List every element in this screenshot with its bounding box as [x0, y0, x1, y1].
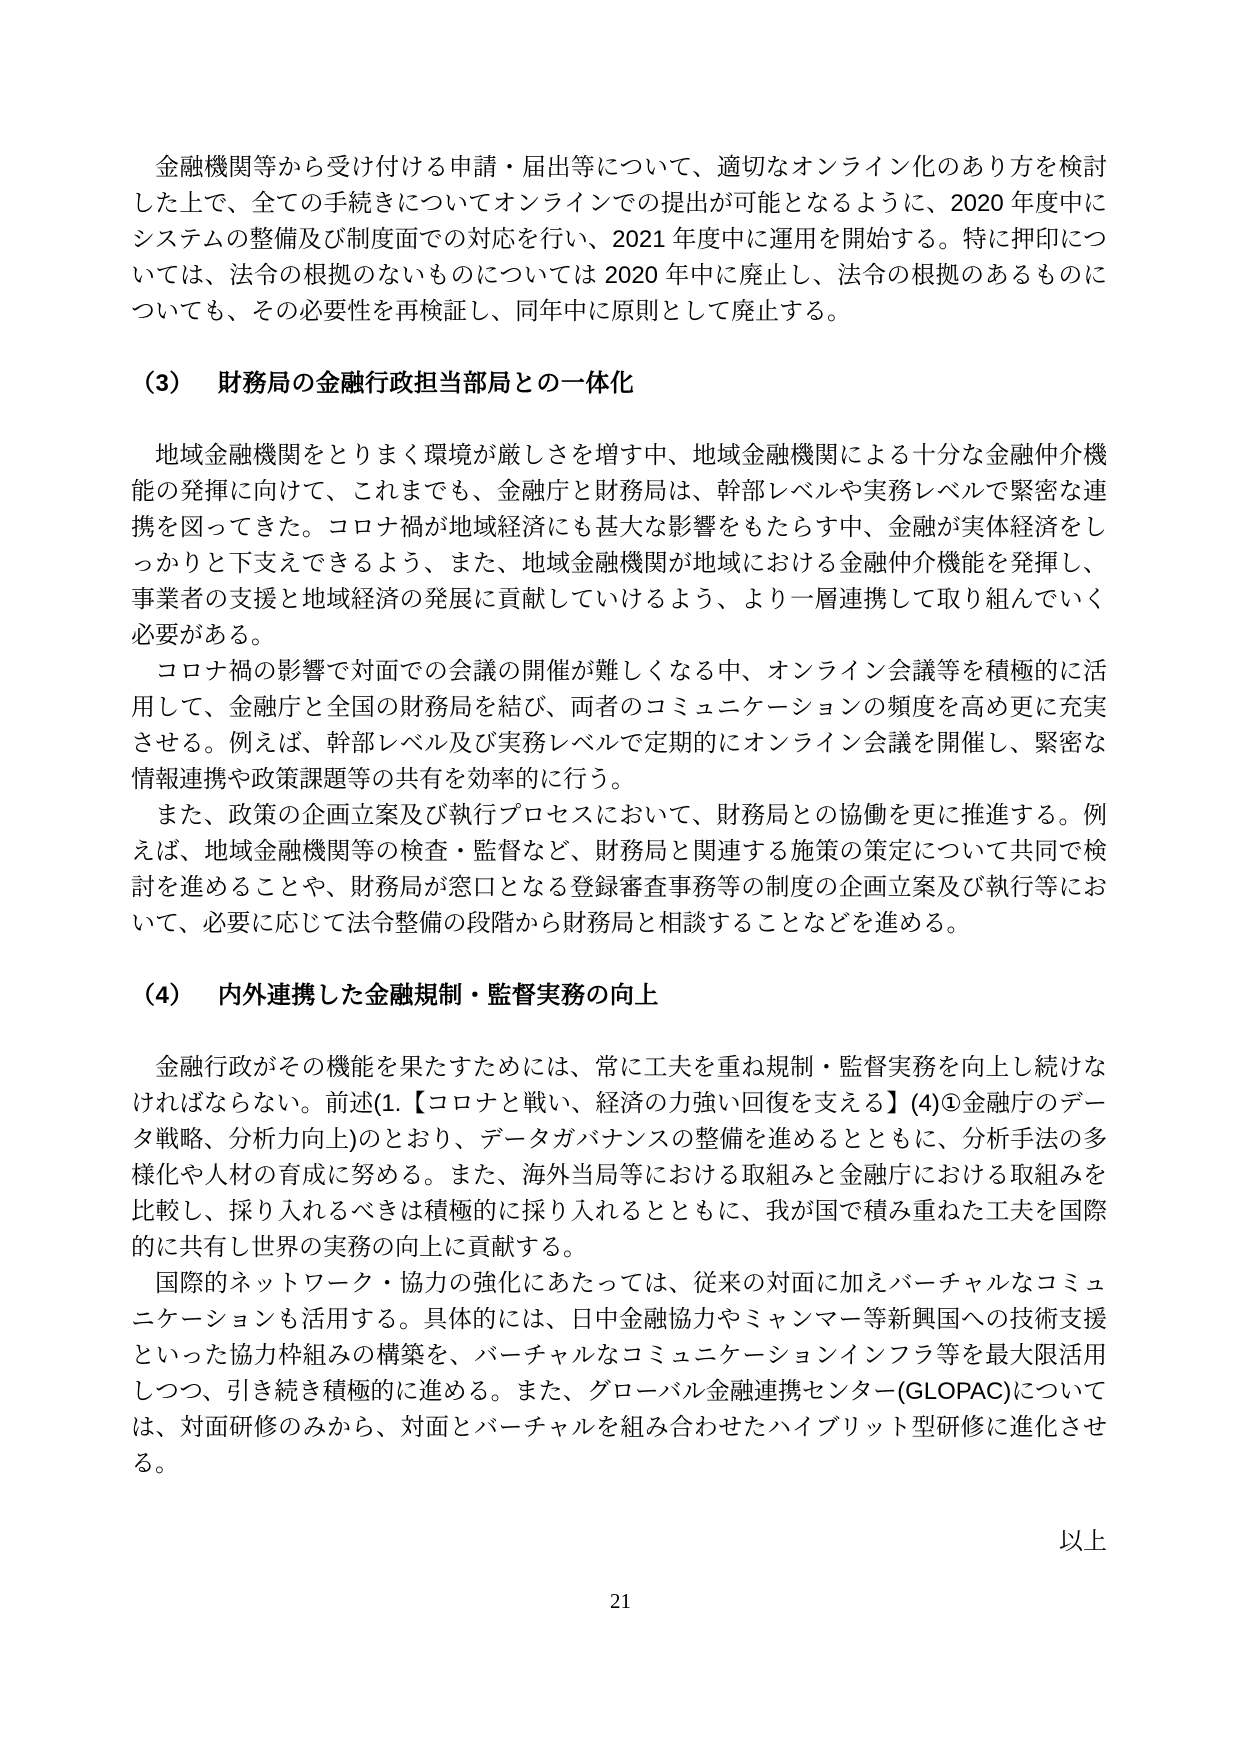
section-3-title: 財務局の金融行政担当部局との一体化 — [218, 370, 635, 397]
section-4-number: （4） — [131, 982, 194, 1009]
section-4-paragraph-1: 金融行政がその機能を果たすためには、常に工夫を重ね規制・監督実務を向上し続けなけ… — [131, 1050, 1107, 1266]
section-3-paragraph-3: また、政策の企画立案及び執行プロセスにおいて、財務局との協働を更に推進する。例え… — [131, 798, 1107, 942]
page-number: 21 — [0, 1589, 1241, 1614]
closing-text: 以上 — [131, 1524, 1107, 1560]
section-3-paragraph-1: 地域金融機関をとりまく環境が厳しさを増す中、地域金融機関による十分な金融仲介機能… — [131, 438, 1107, 654]
section-3-number: （3） — [131, 370, 194, 397]
document-page: 金融機関等から受け付ける申請・届出等について、適切なオンライン化のあり方を検討し… — [0, 0, 1241, 1754]
section-4-title: 内外連携した金融規制・監督実務の向上 — [218, 982, 659, 1009]
section-3-paragraph-2: コロナ禍の影響で対面での会議の開催が難しくなる中、オンライン会議等を積極的に活用… — [131, 654, 1107, 798]
intro-paragraph: 金融機関等から受け付ける申請・届出等について、適切なオンライン化のあり方を検討し… — [131, 150, 1107, 330]
section-4-paragraph-2: 国際的ネットワーク・協力の強化にあたっては、従来の対面に加えバーチャルなコミュニ… — [131, 1266, 1107, 1482]
section-4-heading: （4）内外連携した金融規制・監督実務の向上 — [131, 978, 1107, 1014]
section-3-heading: （3）財務局の金融行政担当部局との一体化 — [131, 366, 1107, 402]
document-content: 金融機関等から受け付ける申請・届出等について、適切なオンライン化のあり方を検討し… — [0, 0, 1241, 1560]
